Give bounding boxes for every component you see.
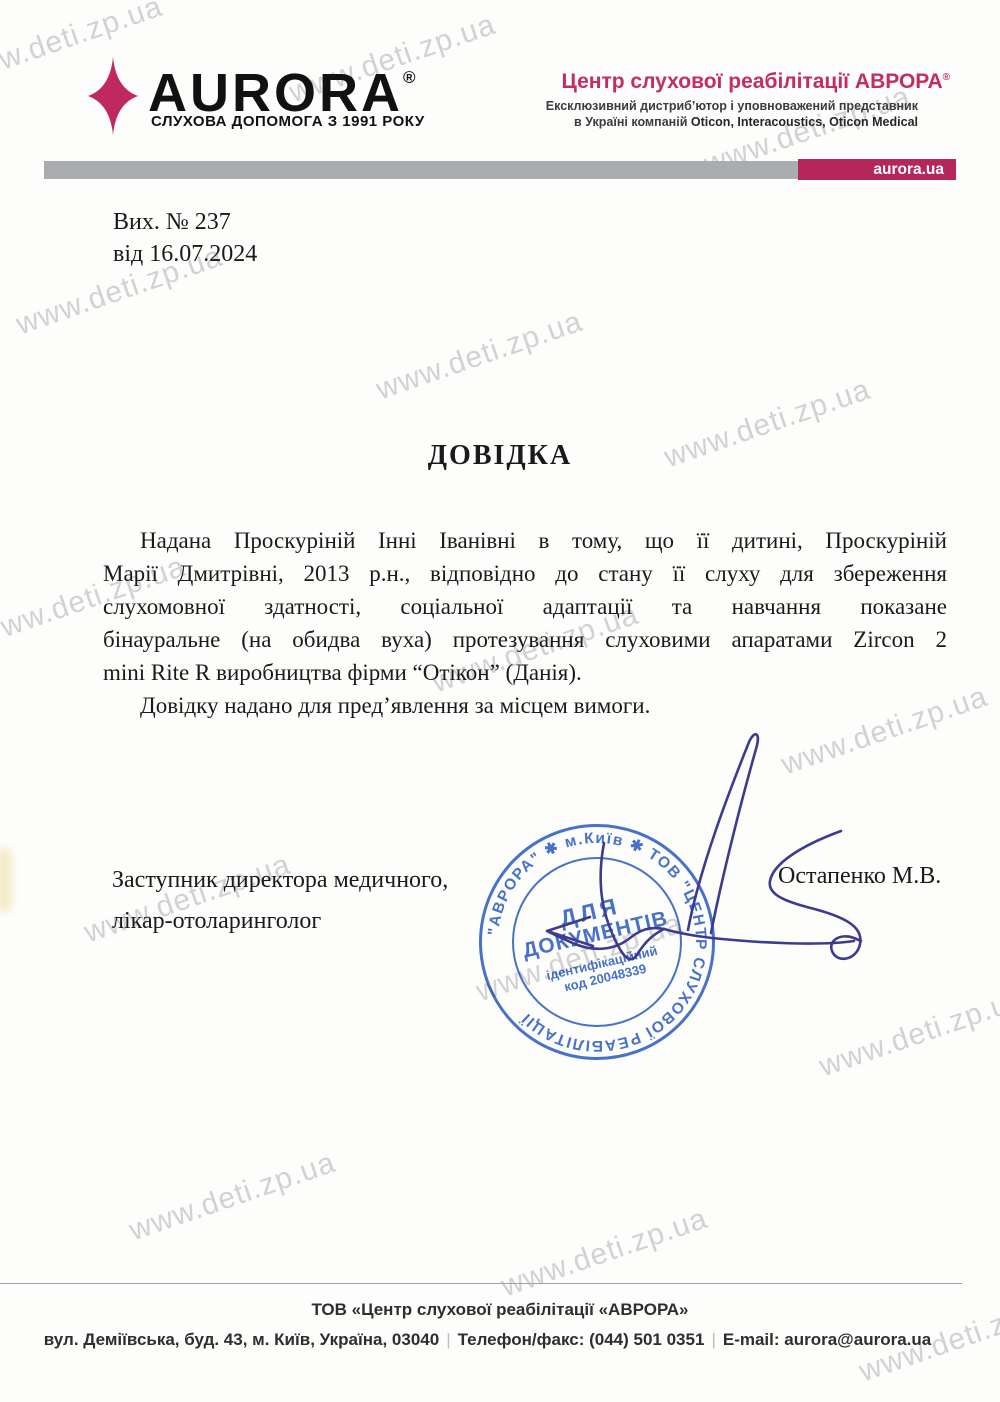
body-line: слухомовної здатності, соціальної адапта… [103, 590, 947, 623]
document-body: Надана Проскуріній Інні Іванівні в тому,… [103, 524, 947, 722]
watermark: www.deti.zp.ua [372, 305, 587, 407]
footer-phone: Телефон/факс: (044) 501 0351 [458, 1330, 705, 1349]
footer-separator: | [704, 1330, 722, 1349]
registered-mark: ® [403, 68, 416, 87]
watermark: www.deti.zp.ua [125, 1146, 340, 1248]
body-line: бінауральне (на обидва вуха) протезуванн… [103, 623, 947, 656]
watermark: www.deti.zp.ua [0, 0, 167, 92]
watermark: www.deti.zp.ua [497, 1202, 712, 1304]
org-title-reg-mark: ® [943, 72, 950, 83]
header-rule [44, 161, 798, 179]
org-subtitle-line2: в Україні компаній Oticon, Interacoustic… [546, 114, 918, 130]
org-title: Центр слухової реабілітації АВРОРА® [562, 70, 950, 94]
signer-position: Заступник директора медичного, лікар-ото… [112, 860, 448, 942]
org-title-text: Центр слухової реабілітації АВРОРА [562, 70, 943, 93]
signer-position-line2: лікар-отоларинголог [112, 901, 448, 942]
brand-tagline: СЛУХОВА ДОПОМОГА З 1991 РОКУ [151, 113, 425, 130]
outgoing-number: Вих. № 237 [113, 206, 257, 238]
partner-brands: Oticon, Interacoustics, Oticon Medical [691, 115, 918, 129]
body-line: Марії Дмитрівні, 2013 р.н., відповідно д… [103, 557, 947, 590]
org-subtitle-line2-prefix: в Україні компаній [574, 115, 691, 129]
aurora-star-icon [88, 57, 138, 140]
scanned-certificate-page: www.deti.zp.ua www.deti.zp.ua www.deti.z… [0, 0, 1000, 1402]
footer-company: ТОВ «Центр слухової реабілітації «АВРОРА… [0, 1300, 1000, 1320]
footer-email: E-mail: aurora@aurora.ua [723, 1330, 931, 1349]
reference-block: Вих. № 237 від 16.07.2024 [113, 206, 257, 270]
signer-position-line1: Заступник директора медичного, [112, 860, 448, 901]
footer-separator: | [439, 1330, 457, 1349]
org-subtitle-line1: Ексклюзивний дистриб’ютор і уповноважени… [546, 98, 918, 114]
body-line: Надана Проскуріній Інні Іванівні в тому,… [103, 524, 947, 557]
website-badge: aurora.ua [798, 159, 956, 180]
footer-divider [0, 1283, 962, 1284]
org-subtitle: Ексклюзивний дистриб’ютор і уповноважени… [546, 98, 918, 130]
body-line: mini Rite R виробництва фірми “Отікон” (… [103, 656, 947, 689]
footer-address: вул. Деміївська, буд. 43, м. Київ, Украї… [44, 1330, 439, 1349]
document-date: від 16.07.2024 [113, 238, 257, 270]
paper-stain [0, 848, 12, 912]
document-title: ДОВІДКА [0, 440, 1000, 472]
handwritten-signature [430, 700, 990, 1080]
footer-contacts: вул. Деміївська, буд. 43, м. Київ, Украї… [0, 1330, 975, 1350]
